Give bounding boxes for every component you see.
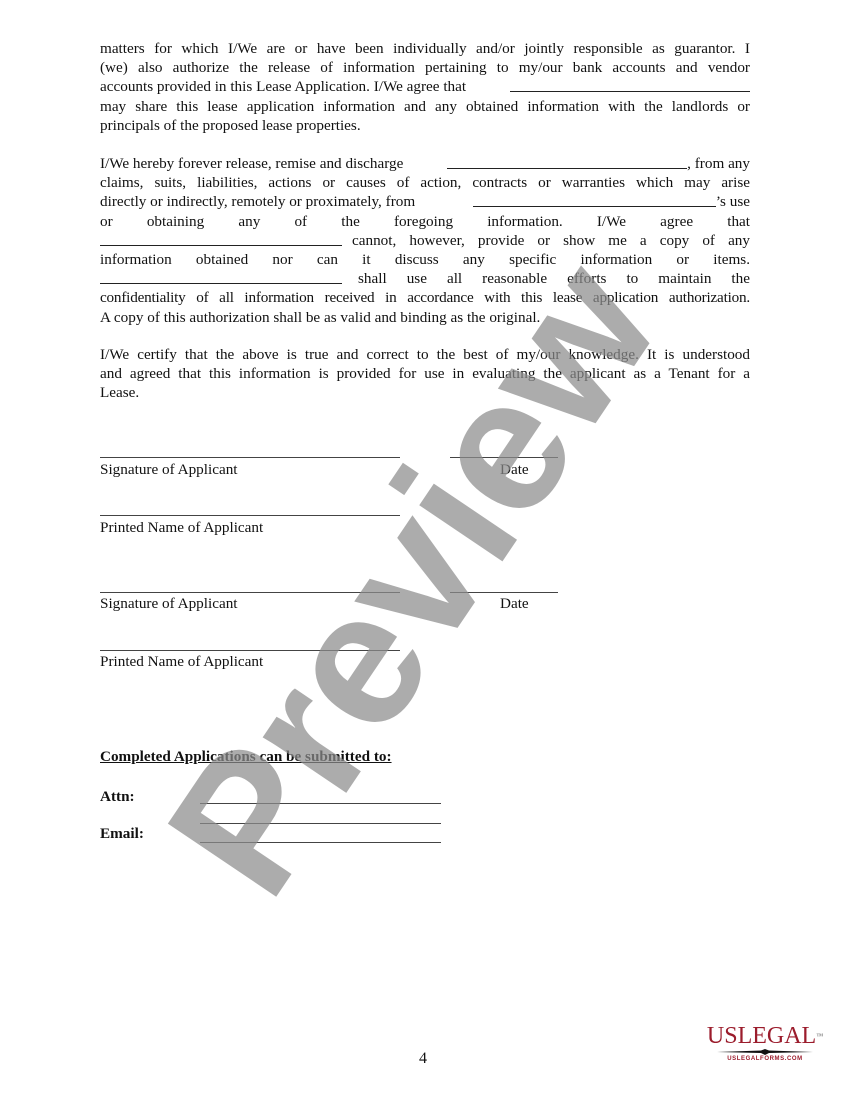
printed-name-label-2: Printed Name of Applicant [100, 653, 263, 671]
text-fragment: ’s use [716, 192, 750, 211]
text-line: cannot, however, provide or show me a co… [100, 231, 750, 250]
blank-field-party-cannot-provide[interactable] [100, 231, 342, 246]
date-label-2: Date [500, 595, 529, 613]
paragraph-release: I/We hereby forever release, remise and … [100, 154, 750, 327]
paragraph-certification: I/We certify that the above is true and … [100, 345, 750, 403]
printed-name-line-2[interactable] [100, 650, 400, 651]
text-fragment: cannot, however, provide or show me a co… [352, 231, 750, 250]
printed-name-label-1: Printed Name of Applicant [100, 519, 263, 537]
text-line: I/We certify that the above is true and … [100, 345, 750, 364]
preview-watermark: Preview [125, 226, 700, 932]
logo-brand-text: USLEGAL [707, 1023, 816, 1049]
text-line: claims, suits, liabilities, actions or c… [100, 173, 750, 192]
page-number: 4 [419, 1050, 427, 1068]
text-line: Lease. [100, 383, 750, 402]
text-fragment: directly or indirectly, remotely or prox… [100, 192, 415, 211]
text-fragment: accounts provided in this Lease Applicat… [100, 77, 466, 96]
attn-label: Attn: [100, 788, 135, 806]
paragraph-authorization: matters for which I/We are or have been … [100, 39, 750, 135]
logo-url: USLEGALFORMS.COM [705, 1056, 825, 1062]
text-line: accounts provided in this Lease Applicat… [100, 77, 750, 96]
text-line: A copy of this authorization shall be as… [100, 308, 750, 327]
document-page: matters for which I/We are or have been … [0, 0, 850, 1100]
signature-line-2[interactable] [100, 592, 400, 593]
uslegal-logo: USLEGAL™ USLEGALFORMS.COM [705, 1024, 825, 1070]
text-line: confidentiality of all information recei… [100, 288, 750, 307]
signature-label-1: Signature of Applicant [100, 461, 238, 479]
text-line: principals of the proposed lease propert… [100, 116, 750, 135]
text-line: and agreed that this information is prov… [100, 364, 750, 383]
text-line: information obtained nor can it discuss … [100, 250, 750, 269]
signature-line-1[interactable] [100, 457, 400, 458]
text-line: may share this lease application informa… [100, 97, 750, 116]
submission-heading: Completed Applications can be submitted … [100, 748, 392, 766]
printed-name-line-1[interactable] [100, 515, 400, 516]
blank-field-released-party[interactable] [447, 154, 687, 169]
text-fragment: , from any [687, 154, 750, 173]
blank-field-party[interactable] [510, 77, 750, 92]
trademark-symbol: ™ [816, 1032, 823, 1040]
date-label-1: Date [500, 461, 529, 479]
logo-wordmark: USLEGAL™ [705, 1024, 825, 1048]
attn-line-2[interactable] [200, 823, 441, 824]
attn-line[interactable] [200, 803, 441, 804]
text-fragment: shall use all reasonable efforts to main… [358, 269, 750, 288]
text-line: shall use all reasonable efforts to main… [100, 269, 750, 288]
email-line[interactable] [200, 842, 441, 843]
text-line: directly or indirectly, remotely or prox… [100, 192, 750, 211]
text-fragment: ’s use [473, 192, 750, 211]
date-line-1[interactable] [450, 457, 558, 458]
text-fragment: I/We hereby forever release, remise and … [100, 154, 403, 173]
signature-label-2: Signature of Applicant [100, 595, 238, 613]
blank-field-user-party[interactable] [473, 192, 716, 207]
text-line: or obtaining any of the foregoing inform… [100, 212, 750, 231]
text-line: I/We hereby forever release, remise and … [100, 154, 750, 173]
eagle-wings-icon [717, 1049, 813, 1055]
date-line-2[interactable] [450, 592, 558, 593]
email-label: Email: [100, 825, 144, 843]
text-fragment: , from any [447, 154, 750, 173]
text-line: matters for which I/We are or have been … [100, 39, 750, 58]
text-line: (we) also authorize the release of infor… [100, 58, 750, 77]
blank-field-party-confidentiality[interactable] [100, 269, 342, 284]
